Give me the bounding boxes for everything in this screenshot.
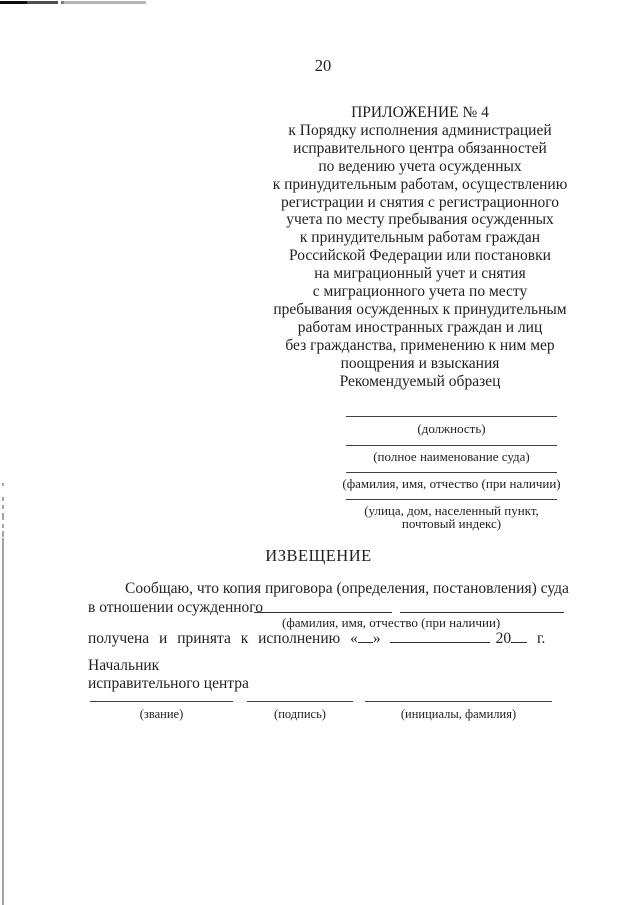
- year-suffix: г.: [537, 630, 545, 647]
- scan-artifact-segment: [64, 1, 146, 4]
- address-field-line-position: [346, 416, 557, 417]
- scan-artifact-segment: [0, 1, 27, 4]
- convict-name-blank-line: [254, 612, 392, 613]
- notice-paragraph-line: Сообщаю, что копия приговора (определени…: [125, 580, 563, 598]
- closing-quote: »: [373, 630, 381, 647]
- appendix-header-line: пребывания осужденных к принудительным: [261, 301, 579, 319]
- appendix-header-line: исправительного центра обязанностей: [261, 140, 579, 158]
- signature-line-name: [365, 701, 552, 702]
- address-field-line-address: [346, 499, 557, 500]
- signature-field-label: (инициалы, фамилия): [365, 707, 552, 722]
- appendix-header: ПРИЛОЖЕНИЕ № 4 к Порядку исполнения адми…: [261, 104, 579, 373]
- appendix-header-line: без гражданства, применению к ним мер: [261, 337, 579, 355]
- received-text: получена и принята к исполнению «: [88, 630, 358, 647]
- appendix-header-line: с миграционного учета по месту: [261, 283, 579, 301]
- signature-line-signature: [247, 701, 353, 702]
- day-blank-line: [358, 629, 373, 643]
- signature-field-label: (звание): [90, 707, 233, 722]
- signatory-title-line: исправительного центра: [88, 675, 249, 693]
- appendix-header-line: учета по месту пребывания осужденных: [261, 211, 579, 229]
- scan-artifact-margin-dash: [2, 505, 4, 509]
- signature-line-rank: [90, 701, 233, 702]
- convict-name-blank-line: [400, 612, 564, 613]
- scan-artifact-margin-line: [2, 538, 4, 905]
- appendix-header-line: поощрения и взыскания: [261, 355, 579, 373]
- address-field-label: почтовый индекс): [336, 517, 567, 531]
- appendix-header-line: Российской Федерации или постановки: [261, 247, 579, 265]
- address-field-label: (полное наименование суда): [336, 450, 567, 464]
- scan-artifact-margin-dash: [2, 483, 4, 486]
- appendix-header-line: на миграционный учет и снятия: [261, 265, 579, 283]
- signature-field-label: (подпись): [247, 707, 353, 722]
- notice-paragraph-line: в отношении осужденного: [88, 599, 263, 617]
- address-field-line-court: [346, 445, 557, 446]
- scan-artifact-margin-dash: [2, 531, 4, 537]
- address-field-label: (фамилия, имя, отчество (при наличии): [336, 477, 567, 491]
- notice-title: ИЗВЕЩЕНИЕ: [81, 546, 556, 566]
- address-field-line-name: [346, 472, 557, 473]
- appendix-header-line: к принудительным работам граждан: [261, 229, 579, 247]
- page-number: 20: [305, 56, 341, 76]
- recommended-sample-label: Рекомендуемый образец: [261, 373, 579, 391]
- signatory-title-line: Начальник: [88, 657, 159, 675]
- appendix-header-line: к принудительным работам, осуществлению: [261, 176, 579, 194]
- appendix-header-line: по ведению учета осужденных: [261, 158, 579, 176]
- scan-artifact-margin-dash: [2, 513, 4, 520]
- year-blank-line: [511, 629, 527, 643]
- notice-paragraph-line: получена и принята к исполнению «»20 г.: [88, 629, 545, 648]
- appendix-header-line: к Порядку исполнения администрацией: [261, 122, 579, 140]
- appendix-header-line: ПРИЛОЖЕНИЕ № 4: [261, 104, 579, 122]
- year-prefix: 20: [496, 630, 512, 647]
- scan-artifact-margin-dash: [2, 524, 4, 528]
- month-blank-line: [390, 629, 490, 643]
- scanned-document-page: 20 ПРИЛОЖЕНИЕ № 4 к Порядку исполнения а…: [0, 0, 640, 905]
- appendix-header-line: работам иностранных граждан и лиц: [261, 319, 579, 337]
- appendix-header-line: регистрации и снятия с регистрационного: [261, 194, 579, 212]
- scan-artifact-segment: [27, 1, 58, 4]
- address-field-label: (должность): [336, 422, 567, 436]
- scan-artifact-margin-dash: [2, 497, 4, 501]
